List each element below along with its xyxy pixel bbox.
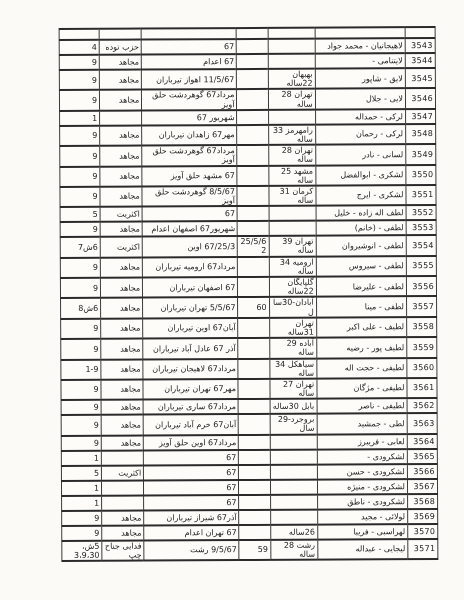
city-age-cell: سیاهکل 34 ساله bbox=[269, 358, 316, 379]
row-number-cell: 3565 bbox=[407, 449, 437, 464]
table-body: 3543لاهیجانیان - محمد جواد67حزب توده4354… bbox=[59, 27, 438, 561]
name-cell: لرکی - رحمان bbox=[315, 124, 405, 145]
table-row: 3548لرکی - رحمانرامهرمز 33 سالهمهر67 زاه… bbox=[60, 124, 436, 146]
name-cell: لولائی - مجید bbox=[317, 509, 407, 524]
table-row: 3545لایق - شاپوربهبهان 22ساله11/5/67 اهو… bbox=[59, 68, 435, 90]
name-cell: لهراسبی - فریبا bbox=[317, 524, 407, 539]
affiliation-cell: مجاهد bbox=[100, 146, 142, 167]
execution-date-place-cell: مهر67 زاهدان تیرباران bbox=[142, 125, 237, 146]
name-cell: لایی - جلال bbox=[315, 89, 405, 110]
execution-date-place-cell: 67 مشهد حلق آویز bbox=[142, 166, 237, 187]
city-age-cell: مشهد 25 ساله bbox=[268, 165, 315, 186]
execution-date-place-cell: 67 bbox=[142, 206, 237, 221]
row-number-cell: 3551 bbox=[406, 185, 436, 206]
name-cell: لاهیجانیان - محمد جواد bbox=[315, 38, 405, 53]
row-number-cell: 3549 bbox=[406, 144, 436, 165]
city-age-cell bbox=[268, 28, 315, 39]
execution-date-place-cell: مرداد67 گوهردشت حلق آویز bbox=[142, 145, 237, 166]
secondary-date-cell bbox=[238, 379, 269, 400]
city-age-cell: بروجرد-29سال bbox=[270, 414, 317, 435]
secondary-date-cell bbox=[239, 435, 270, 450]
city-age-cell: تهران 27 ساله bbox=[270, 379, 317, 400]
affiliation-cell bbox=[102, 495, 144, 510]
affiliation-cell: مجاهد bbox=[100, 257, 142, 278]
secondary-date-cell bbox=[237, 125, 268, 146]
affiliation-cell: اکثریت bbox=[102, 465, 144, 480]
row-number-cell: 3564 bbox=[407, 434, 437, 449]
city-age-cell bbox=[268, 39, 315, 54]
affiliation-cell: مجاهد bbox=[101, 278, 143, 299]
secondary-date-cell bbox=[238, 206, 269, 221]
city-age-cell bbox=[270, 494, 317, 509]
source-ref-cell: 9 bbox=[60, 166, 100, 187]
row-number-cell: 3556 bbox=[406, 276, 436, 297]
execution-date-place-cell: مرداد67 ارومیه تیرباران bbox=[143, 257, 238, 278]
row-number-cell: 3561 bbox=[407, 378, 437, 399]
table-row: 3559لطیف پور - رضیهآباده 29 سالهآذر 67 ع… bbox=[61, 337, 437, 359]
source-ref-cell: 9 bbox=[60, 257, 100, 278]
executed-prisoners-table: 3543لاهیجانیان - محمد جواد67حزب توده4354… bbox=[59, 26, 439, 562]
source-ref-cell: 4 bbox=[59, 40, 99, 55]
name-cell: لطفی - (خانم) bbox=[316, 220, 406, 235]
table-row: 3551لشکری - ایرجکرمان 31 ساله8/5/67 گوهر… bbox=[60, 185, 436, 207]
secondary-date-cell: 60 bbox=[238, 297, 269, 318]
city-age-cell: آبادان-30سال bbox=[269, 297, 316, 318]
city-age-cell: کرمان 31 ساله bbox=[268, 186, 315, 207]
secondary-date-cell bbox=[238, 221, 269, 236]
source-ref-cell: 1 bbox=[61, 480, 101, 495]
execution-date-place-cell bbox=[141, 28, 236, 39]
affiliation-cell: مجاهد bbox=[99, 55, 141, 70]
secondary-date-cell bbox=[237, 110, 268, 125]
affiliation-cell bbox=[101, 450, 143, 465]
execution-date-place-cell: 67/25/3 اوین bbox=[142, 236, 237, 257]
source-ref-cell: 9 bbox=[60, 278, 100, 299]
execution-date-place-cell: 8/5/67 گوهردشت حلق آویز bbox=[142, 186, 237, 207]
source-ref-cell: 9 bbox=[60, 146, 100, 167]
source-ref-cell: 9 bbox=[59, 70, 99, 91]
affiliation-cell: مجاهد bbox=[100, 186, 142, 207]
row-number-cell: 3566 bbox=[407, 464, 437, 479]
source-ref-cell: 1-9 bbox=[61, 359, 101, 380]
secondary-date-cell bbox=[239, 495, 270, 510]
row-number-cell bbox=[405, 27, 435, 38]
affiliation-cell: مجاهد bbox=[101, 339, 143, 360]
affiliation-cell: مجاهد bbox=[101, 298, 143, 319]
affiliation-cell: اکثریت bbox=[100, 237, 142, 258]
source-ref-cell: 9 bbox=[61, 415, 101, 436]
name-cell: لشکرودی - حسن bbox=[317, 464, 407, 479]
execution-date-place-cell: مرداد67 ساری تیرباران bbox=[143, 399, 238, 414]
city-age-cell bbox=[269, 221, 316, 236]
name-cell: لطیفی - حجت اله bbox=[317, 358, 407, 379]
execution-date-place-cell: شهریور67 اصفهان اعدام bbox=[142, 221, 237, 236]
secondary-date-cell: 59 bbox=[239, 540, 270, 561]
secondary-date-cell bbox=[238, 358, 269, 379]
source-ref-cell: 9 bbox=[62, 510, 102, 525]
secondary-date-cell bbox=[237, 165, 268, 186]
name-cell: لطف اله زاده - خلیل bbox=[316, 205, 406, 220]
name-cell: لطفی - مینا bbox=[316, 297, 406, 318]
execution-date-place-cell: 67 bbox=[144, 480, 239, 495]
table-row: 3571لیجایی - عبدالهرشت 28 ساله599/5/67 ر… bbox=[62, 539, 438, 561]
table-row: 3550لشکری - ابوالفضلمشهد 25 ساله67 مشهد … bbox=[60, 165, 436, 187]
row-number-cell: 3560 bbox=[407, 358, 437, 379]
city-age-cell bbox=[270, 449, 317, 464]
execution-date-place-cell: 9/5/67 رشت bbox=[144, 540, 239, 561]
secondary-date-cell bbox=[239, 480, 270, 495]
name-cell: لشکرودی - منیژه bbox=[317, 479, 407, 494]
execution-date-place-cell: 67 bbox=[144, 450, 239, 465]
affiliation-cell: فدایی جناح چپ bbox=[102, 540, 144, 561]
affiliation-cell: مجاهد bbox=[102, 510, 144, 525]
affiliation-cell: اکثریت bbox=[100, 207, 142, 222]
table-row: 3555لطفی - سیروسارومیه 34 سالهمرداد67 ار… bbox=[60, 256, 436, 278]
secondary-date-cell bbox=[237, 28, 268, 39]
row-number-cell: 3553 bbox=[406, 220, 436, 235]
execution-date-place-cell: مرداد67 لاهیجان تیرباران bbox=[143, 359, 238, 380]
execution-date-place-cell: 11/5/67 اهواز تیرباران bbox=[142, 69, 237, 90]
source-ref-cell: 9 bbox=[60, 222, 100, 237]
execution-date-place-cell: 5/5/67 تهران تیرباران bbox=[143, 297, 238, 318]
affiliation-cell: مجاهد bbox=[101, 415, 143, 436]
secondary-date-cell bbox=[237, 145, 268, 166]
row-number-cell: 3548 bbox=[406, 124, 436, 145]
secondary-date-cell bbox=[239, 525, 270, 540]
row-number-cell: 3545 bbox=[405, 68, 435, 89]
source-ref-cell: 9 bbox=[60, 187, 100, 208]
table-row: 3558لطیف - علی اکبرتهران 31سالهآبان67 او… bbox=[61, 317, 437, 339]
row-number-cell: 3543 bbox=[405, 38, 435, 53]
name-cell: لسانی - نادر bbox=[315, 144, 405, 165]
affiliation-cell: مجاهد bbox=[101, 435, 143, 450]
table-row: 3549لسانی - نادرتهران 28 سالهمرداد67 گوه… bbox=[60, 144, 436, 166]
secondary-date-cell: 25/5/62 bbox=[238, 236, 269, 257]
affiliation-cell bbox=[102, 480, 144, 495]
name-cell: لطی - جمشید bbox=[317, 413, 407, 434]
name-cell: لشکرودی - ناطق bbox=[317, 494, 407, 509]
execution-date-place-cell: 67 اعدام bbox=[141, 54, 236, 69]
execution-date-place-cell: آذر 67 عادل آباد تیرباران bbox=[143, 338, 238, 359]
city-age-cell: ارومیه 34 ساله bbox=[269, 256, 316, 277]
secondary-date-cell bbox=[239, 414, 270, 435]
secondary-date-cell bbox=[239, 465, 270, 480]
name-cell: لطیف پور - رضیه bbox=[316, 337, 406, 358]
affiliation-cell: مجاهد bbox=[101, 379, 143, 400]
city-age-cell bbox=[268, 109, 315, 124]
name-cell: لایتنامی - bbox=[315, 53, 405, 68]
execution-date-place-cell: مرداد67 اوین حلق آویز bbox=[143, 435, 238, 450]
execution-date-place-cell: 67 اصفهان تیرباران bbox=[143, 277, 238, 298]
city-age-cell: تهران 28 ساله bbox=[268, 145, 315, 166]
secondary-date-cell bbox=[239, 399, 270, 414]
source-ref-cell: 1 bbox=[61, 450, 101, 465]
execution-date-place-cell: 67 bbox=[144, 465, 239, 480]
affiliation-cell: مجاهد bbox=[101, 359, 143, 380]
name-cell: لایق - شاپور bbox=[315, 68, 405, 89]
city-age-cell: تهران 31ساله bbox=[269, 317, 316, 338]
row-number-cell: 3552 bbox=[406, 205, 436, 220]
table-row: 3556لطفی - علیرضاگلپایگان 22ساله67 اصفها… bbox=[60, 276, 436, 298]
city-age-cell bbox=[270, 464, 317, 479]
source-ref-cell: 1 bbox=[62, 495, 102, 510]
source-ref-cell: 9 bbox=[59, 55, 99, 70]
secondary-date-cell bbox=[238, 338, 269, 359]
affiliation-cell: مجاهد bbox=[101, 318, 143, 339]
row-number-cell: 3562 bbox=[407, 398, 437, 413]
execution-date-place-cell: آبان67 اوین تیرباران bbox=[143, 318, 238, 339]
city-age-cell bbox=[268, 54, 315, 69]
row-number-cell: 3550 bbox=[406, 165, 436, 186]
source-ref-cell: 1 bbox=[60, 111, 100, 126]
city-age-cell bbox=[269, 206, 316, 221]
row-number-cell: 3563 bbox=[407, 413, 437, 434]
row-number-cell: 3546 bbox=[405, 88, 435, 109]
row-number-cell: 3558 bbox=[407, 317, 437, 338]
execution-date-place-cell: 67 bbox=[141, 39, 236, 54]
city-age-cell bbox=[270, 509, 317, 524]
name-cell: لشکرودی - bbox=[317, 449, 407, 464]
source-ref-cell: 9 bbox=[62, 525, 102, 540]
affiliation-cell: مجاهد bbox=[102, 525, 144, 540]
source-ref-cell bbox=[59, 29, 99, 40]
row-number-cell: 3547 bbox=[405, 109, 435, 124]
source-ref-cell: 5 bbox=[60, 207, 100, 222]
source-ref-cell: 5 bbox=[61, 465, 101, 480]
row-number-cell: 3559 bbox=[407, 337, 437, 358]
name-cell: لرکی - حمداله bbox=[315, 109, 405, 124]
row-number-cell: 3571 bbox=[408, 539, 438, 560]
affiliation-cell bbox=[100, 110, 142, 125]
secondary-date-cell bbox=[238, 318, 269, 339]
source-ref-cell: 9 bbox=[61, 319, 101, 340]
table-row: 3546لایی - جلالتهران 28 سالهمرداد67 گوهر… bbox=[59, 88, 435, 110]
row-number-cell: 3567 bbox=[407, 479, 437, 494]
scanned-page: 3543لاهیجانیان - محمد جواد67حزب توده4354… bbox=[0, 0, 464, 600]
execution-date-place-cell: شهریور 67 bbox=[142, 110, 237, 125]
row-number-cell: 3570 bbox=[408, 524, 438, 539]
city-age-cell: آباده 29 ساله bbox=[269, 338, 316, 359]
city-age-cell: رامهرمز 33 ساله bbox=[268, 124, 315, 145]
source-ref-cell: 9 bbox=[61, 435, 101, 450]
name-cell: لعابی - فریبرز bbox=[317, 434, 407, 449]
source-ref-cell: 9 bbox=[59, 90, 99, 111]
name-cell: لطفی - علیرضا bbox=[316, 276, 406, 297]
source-ref-cell: 9 bbox=[60, 126, 100, 147]
execution-date-place-cell: مهر67 تهران تیرباران bbox=[143, 379, 238, 400]
affiliation-cell: مجاهد bbox=[100, 125, 142, 146]
name-cell: لطیفی - ناصر bbox=[317, 398, 407, 413]
name-cell: لیجایی - عبداله bbox=[317, 539, 407, 560]
affiliation-cell bbox=[99, 29, 141, 40]
execution-date-place-cell: 67 تهران اعدام bbox=[144, 525, 239, 540]
name-cell: لشکری - ابوالفضل bbox=[316, 165, 406, 186]
city-age-cell: رشت 28 ساله bbox=[270, 539, 317, 560]
source-ref-cell: 6ش7 bbox=[60, 237, 100, 258]
table-row: 3563لطی - جمشیدبروجرد-29سالآبان67 خرم آب… bbox=[61, 413, 437, 435]
table-row: 3557لطفی - میناآبادان-30سال605/5/67 تهرا… bbox=[61, 296, 437, 318]
row-number-cell: 3554 bbox=[406, 235, 436, 256]
source-ref-cell: 9 bbox=[61, 400, 101, 415]
city-age-cell: بابل 30ساله bbox=[270, 399, 317, 414]
execution-date-place-cell: آذر67 شیراز تیرباران bbox=[144, 510, 239, 525]
city-age-cell bbox=[270, 479, 317, 494]
row-number-cell: 3557 bbox=[406, 296, 436, 317]
city-age-cell: بهبهان 22ساله bbox=[268, 69, 315, 90]
source-ref-cell: 9 bbox=[61, 339, 101, 360]
affiliation-cell: مجاهد bbox=[99, 70, 141, 91]
secondary-date-cell bbox=[237, 69, 268, 90]
secondary-date-cell bbox=[238, 257, 269, 278]
secondary-date-cell bbox=[237, 89, 268, 110]
city-age-cell bbox=[270, 434, 317, 449]
name-cell: لشکری - ایرج bbox=[316, 185, 406, 206]
city-age-cell: 26ساله bbox=[270, 524, 317, 539]
table-row: 3554لطفی - انوشیروانتهران 39 ساله25/5/62… bbox=[60, 235, 436, 257]
affiliation-cell: مجاهد bbox=[101, 400, 143, 415]
row-number-cell: 3569 bbox=[408, 509, 438, 524]
name-cell bbox=[315, 27, 405, 38]
secondary-date-cell bbox=[237, 186, 268, 207]
table-row: 3560لطیفی - حجت الهسیاهکل 34 سالهمرداد67… bbox=[61, 358, 437, 380]
city-age-cell: تهران 39 ساله bbox=[269, 236, 316, 257]
affiliation-cell: مجاهد bbox=[100, 222, 142, 237]
name-cell: لطیفی - مژگان bbox=[317, 378, 407, 399]
row-number-cell: 3555 bbox=[406, 256, 436, 277]
source-ref-cell: 9 bbox=[61, 380, 101, 401]
secondary-date-cell bbox=[238, 277, 269, 298]
affiliation-cell: مجاهد bbox=[100, 166, 142, 187]
secondary-date-cell bbox=[239, 450, 270, 465]
secondary-date-cell bbox=[239, 510, 270, 525]
row-number-cell: 3544 bbox=[405, 53, 435, 68]
execution-date-place-cell: 67 bbox=[144, 495, 239, 510]
execution-date-place-cell: مرداد67 گوهردشت حلق آویز bbox=[142, 89, 237, 110]
row-number-cell: 3568 bbox=[407, 494, 437, 509]
source-ref-cell: 6ش8 bbox=[61, 298, 101, 319]
name-cell: لطیف - علی اکبر bbox=[316, 317, 406, 338]
city-age-cell: تهران 28 ساله bbox=[268, 89, 315, 110]
name-cell: لطفی - سیروس bbox=[316, 256, 406, 277]
affiliation-cell: مجاهد bbox=[100, 90, 142, 111]
city-age-cell: گلپایگان 22ساله bbox=[269, 277, 316, 298]
name-cell: لطفی - انوشیروان bbox=[316, 235, 406, 256]
affiliation-cell: حزب توده bbox=[99, 40, 141, 55]
execution-date-place-cell: آبان67 خرم آباد تیرباران bbox=[143, 414, 238, 435]
secondary-date-cell bbox=[237, 39, 268, 54]
secondary-date-cell bbox=[237, 54, 268, 69]
table-row: 3561لطیفی - مژگانتهران 27 سالهمهر67 تهرا… bbox=[61, 378, 437, 400]
source-ref-cell: 5ش، 3،9،30 bbox=[62, 540, 102, 561]
